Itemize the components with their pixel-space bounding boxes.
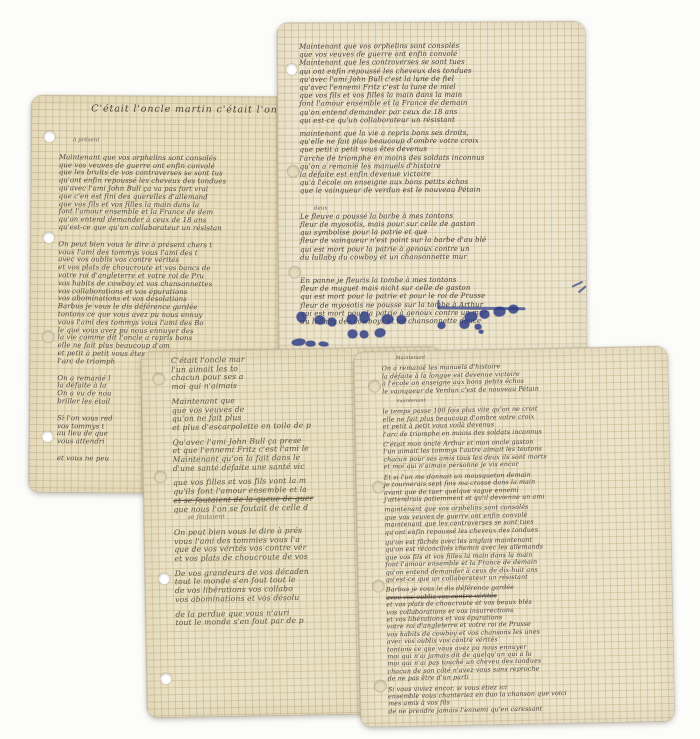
stanza: Si vous viviez encor, si vous étiez icie… (388, 683, 567, 716)
ink-blot (318, 341, 328, 347)
manuscript-page-bottom-right: MaintenantOn a remanié les manuels d'his… (353, 346, 674, 727)
ink-blot (348, 329, 358, 338)
punch-hole (375, 680, 386, 691)
handwritten-line: tout le monde s'en fout par de p (176, 617, 316, 628)
stanza: On a remanié les manuels d'histoirela dé… (382, 362, 561, 395)
punch-hole (42, 431, 53, 442)
handwriting-block: MaintenantOn a remanié les manuels d'his… (382, 352, 568, 719)
ink-blot (479, 330, 484, 334)
handwritten-line: d'une santé défaite une santé vic (173, 462, 313, 473)
handwritten-line: maintenant (382, 395, 561, 406)
handwritten-line: et vos plats de choucroute de vos (174, 553, 314, 564)
stanza: qu'on est fâchés avec les anglais mainte… (385, 536, 564, 584)
stanza: maintenant que la vie a repris bons ses … (299, 129, 486, 196)
ink-blot (493, 306, 506, 317)
stanza: Maintenant que vos orphelins sont consol… (299, 42, 486, 125)
handwritten-line: qu'est-ce que qu'un collaborateur un rés… (58, 224, 225, 233)
ink-stroke (578, 285, 587, 293)
stanza: C'était l'oncle marl'un aimait les tocha… (171, 355, 312, 392)
stanza: De vos grandeurs de vos décadentout le m… (175, 567, 316, 604)
punch-hole (44, 131, 55, 142)
stanza: En panne je fleuris la tombe à mes tonto… (300, 276, 487, 326)
punch-hole (160, 673, 171, 684)
punch-hole (289, 267, 300, 278)
stanza: maintenant que vos orphelins sont consol… (384, 503, 563, 536)
punch-hole (373, 581, 384, 592)
stanza: Barbus je vous le dis déférence gardéeav… (386, 583, 566, 683)
handwriting-block: Maintenant que vos orphelins sont consol… (299, 42, 487, 331)
punch-hole (43, 232, 54, 243)
stanza: On peut bien vous le dire à présvous l'a… (174, 527, 315, 564)
stanza: deuxLe fleuve a poussé la barbe à mes to… (300, 203, 487, 261)
punch-hole (373, 481, 384, 492)
punch-hole (155, 471, 166, 482)
stanza: Maintenant que vos orphelins sont consol… (58, 154, 226, 233)
stanza: Qu'avec l'ami John Bull ça preseet que l… (172, 436, 313, 473)
handwritten-line: du lullaby du cowboy et un chansonnette … (300, 253, 487, 262)
handwritten-line: se foutaient (174, 512, 314, 523)
handwritten-line: deux (300, 203, 487, 212)
manuscript-photo: C'était l'oncle martin c'était l'oncle à… (0, 0, 700, 739)
ink-stroke (571, 281, 583, 288)
handwritten-line: à présent (59, 137, 226, 146)
handwritten-line: vos abominations et vos désolu (175, 594, 315, 605)
handwritten-line: du lullaby des cowboys et un chansonnett… (300, 317, 487, 326)
handwriting-block: C'était l'oncle marl'un aimait les tocha… (171, 355, 316, 634)
stanza: Maintenant queque vos veuves dequ'on ne … (172, 395, 313, 432)
ink-blot (359, 330, 369, 339)
punch-hole (286, 64, 297, 75)
handwritten-line: Maintenant (382, 352, 561, 363)
handwritten-line: l'arche de triomphe en moins des soldats… (300, 153, 487, 162)
handwritten-line: qui ont enfin repoussé les cheveux des t… (299, 66, 486, 75)
punch-hole (159, 573, 170, 584)
stanza: le temps passe 100 fois plus vite qu'on … (383, 406, 562, 439)
handwritten-line: et plus d'escarpolette en toile de p (172, 422, 312, 433)
punch-hole (369, 381, 380, 392)
stanza: de la perdue que vous n'auritout le mond… (175, 608, 315, 628)
stanza: C'était mon oncle Arthur et mon oncle ga… (383, 438, 562, 471)
ink-blot (291, 338, 306, 346)
stanza: Maintenant (382, 352, 561, 363)
punch-hole (288, 166, 299, 177)
handwritten-line: que le vainqueur de verdun est le nouvea… (300, 186, 487, 195)
page-title: C'était l'oncle martin c'était l'oncle (91, 103, 294, 115)
punch-hole (43, 331, 54, 342)
stanza: à présent (59, 137, 226, 146)
handwritten-line: moi qui n'aimais (171, 381, 311, 392)
stanza: Et si l'on me donnait un mousqueton dema… (384, 471, 563, 504)
handwritten-line: font l'amour ensemble et la France de de… (299, 99, 486, 108)
stanza: que vos filles et vos fils vont la mqu'i… (173, 477, 314, 523)
ink-blot (508, 305, 518, 314)
handwritten-line: qui est-ce qu'un collaborateur un résist… (299, 116, 486, 125)
punch-hole (153, 373, 164, 384)
stanza: maintenant (382, 395, 561, 406)
ink-blot (306, 341, 316, 347)
stanza: On peut bien vous le dire à présent cher… (58, 241, 226, 367)
